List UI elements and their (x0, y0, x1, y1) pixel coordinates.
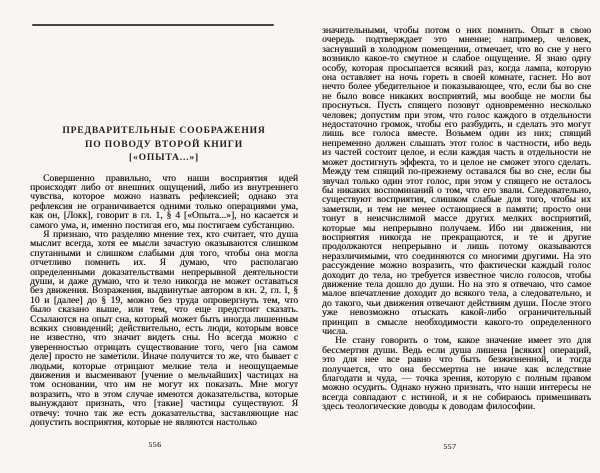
right-page: значительными, чтобы потом о них помнить… (322, 26, 591, 438)
body-paragraph: Я признаю, что разделяю мнение тех, кто … (30, 230, 298, 428)
chapter-top-rule (32, 24, 274, 26)
body-paragraph: значительными, чтобы потом о них помнить… (322, 26, 591, 336)
chapter-heading: ПРЕДВАРИТЕЛЬНЫЕ СООБРАЖЕНИЯ ПО ПОВОДУ ВТ… (30, 124, 298, 165)
body-paragraph: Совершенно правильно, что наши восприяти… (30, 174, 298, 230)
chapter-heading-line-2: ПО ПОВОДУ ВТОРОЙ КНИГИ (30, 138, 298, 152)
book-spread: ПРЕДВАРИТЕЛЬНЫЕ СООБРАЖЕНИЯ ПО ПОВОДУ ВТ… (0, 0, 600, 473)
body-paragraph: Не стану говорить о том, какое значение … (322, 336, 591, 411)
chapter-heading-line-3: [«ОПЫТА...»] (30, 151, 298, 165)
chapter-heading-line-1: ПРЕДВАРИТЕЛЬНЫЕ СООБРАЖЕНИЯ (30, 124, 298, 138)
page-number-right: 557 (322, 442, 578, 451)
left-page: ПРЕДВАРИТЕЛЬНЫЕ СООБРАЖЕНИЯ ПО ПОВОДУ ВТ… (30, 124, 298, 440)
page-number-left: 556 (30, 440, 280, 449)
